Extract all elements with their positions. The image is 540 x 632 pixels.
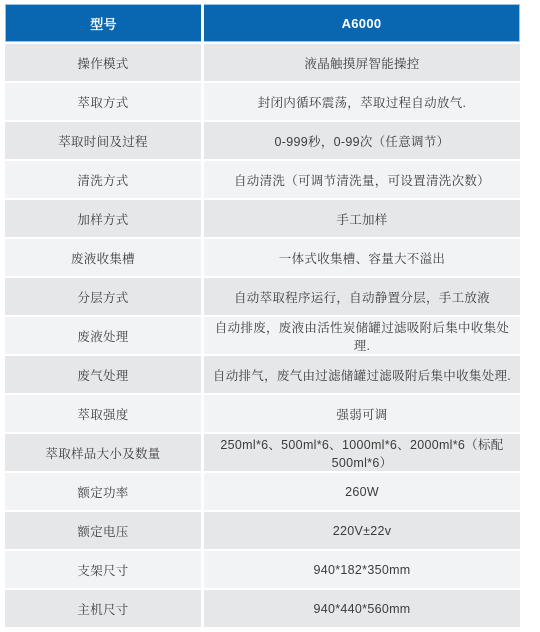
table-row: 额定功率 260W (5, 473, 520, 510)
header-model-label: 型号 (5, 4, 201, 42)
spec-row-label: 萃取强度 (5, 395, 201, 432)
table-row: 加样方式 手工加样 (5, 200, 520, 237)
spec-row-label: 主机尺寸 (5, 590, 201, 627)
table-row: 分层方式 自动萃取程序运行，自动静置分层，手工放液 (5, 278, 520, 315)
spec-row-label: 萃取方式 (5, 83, 201, 120)
table-row: 操作模式 液晶触摸屏智能操控 (5, 44, 520, 81)
spec-row-label: 额定功率 (5, 473, 201, 510)
spec-row-value: 940*182*350mm (204, 551, 520, 588)
spec-row-value: 封闭内循环震荡，萃取过程自动放气. (204, 83, 520, 120)
header-model-value: A6000 (204, 4, 520, 42)
spec-row-label: 清洗方式 (5, 161, 201, 198)
spec-row-value: 自动萃取程序运行，自动静置分层，手工放液 (204, 278, 520, 315)
product-spec-table: 型号 A6000 操作模式 液晶触摸屏智能操控 萃取方式 封闭内循环震荡，萃取过… (5, 4, 520, 627)
spec-row-value: 自动清洗（可调节清洗量，可设置清洗次数） (204, 161, 520, 198)
table-row: 萃取样品大小及数量 250ml*6、500ml*6、1000ml*6、2000m… (5, 434, 520, 471)
spec-row-value: 手工加样 (204, 200, 520, 237)
spec-row-value: 一体式收集槽、容量大不溢出 (204, 239, 520, 276)
spec-row-label: 操作模式 (5, 44, 201, 81)
table-row: 支架尺寸 940*182*350mm (5, 551, 520, 588)
spec-row-label: 萃取时间及过程 (5, 122, 201, 159)
table-row: 萃取强度 强弱可调 (5, 395, 520, 432)
spec-row-value: 260W (204, 473, 520, 510)
spec-row-value: 220V±22v (204, 512, 520, 549)
spec-row-label: 废气处理 (5, 356, 201, 393)
spec-row-label: 支架尺寸 (5, 551, 201, 588)
spec-row-value: 250ml*6、500ml*6、1000ml*6、2000ml*6（标配500m… (204, 434, 520, 471)
spec-row-value: 自动排废，废液由活性炭储罐过滤吸附后集中收集处理. (204, 317, 520, 354)
table-row: 废液收集槽 一体式收集槽、容量大不溢出 (5, 239, 520, 276)
spec-row-label: 分层方式 (5, 278, 201, 315)
spec-row-label: 额定电压 (5, 512, 201, 549)
table-row: 废气处理 自动排气，废气由过滤储罐过滤吸附后集中收集处理. (5, 356, 520, 393)
table-row: 萃取方式 封闭内循环震荡，萃取过程自动放气. (5, 83, 520, 120)
table-header-row: 型号 A6000 (5, 4, 520, 42)
spec-row-value: 0-999秒，0-99次（任意调节） (204, 122, 520, 159)
spec-row-value: 自动排气，废气由过滤储罐过滤吸附后集中收集处理. (204, 356, 520, 393)
table-row: 清洗方式 自动清洗（可调节清洗量，可设置清洗次数） (5, 161, 520, 198)
spec-row-value: 液晶触摸屏智能操控 (204, 44, 520, 81)
spec-row-label: 废液处理 (5, 317, 201, 354)
spec-row-label: 萃取样品大小及数量 (5, 434, 201, 471)
spec-row-value: 强弱可调 (204, 395, 520, 432)
spec-row-label: 废液收集槽 (5, 239, 201, 276)
table-row: 额定电压 220V±22v (5, 512, 520, 549)
table-row: 萃取时间及过程 0-999秒，0-99次（任意调节） (5, 122, 520, 159)
table-row: 主机尺寸 940*440*560mm (5, 590, 520, 627)
spec-row-value: 940*440*560mm (204, 590, 520, 627)
table-row: 废液处理 自动排废，废液由活性炭储罐过滤吸附后集中收集处理. (5, 317, 520, 354)
spec-row-label: 加样方式 (5, 200, 201, 237)
